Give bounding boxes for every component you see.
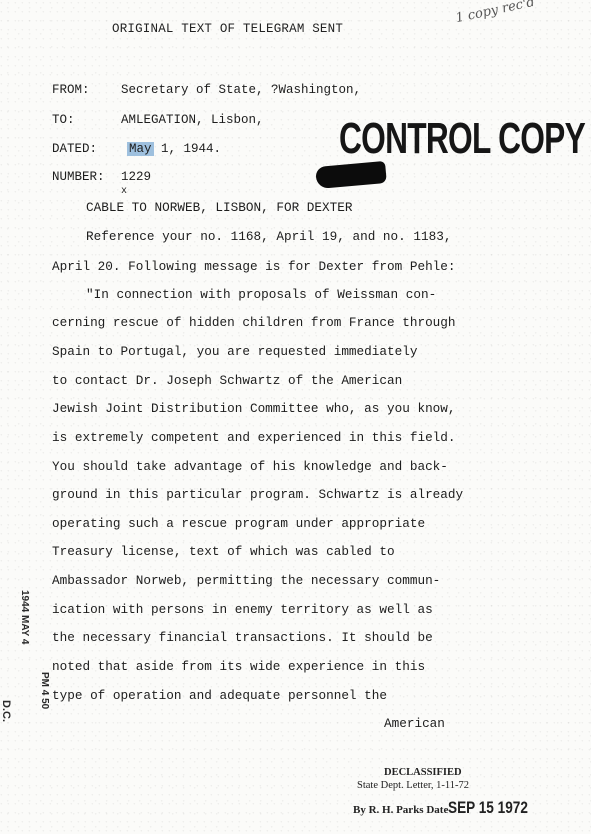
- body-line: the necessary financial transactions. It…: [52, 630, 433, 645]
- received-stamp-line3: D.C.: [0, 700, 12, 722]
- x-mark: x: [121, 186, 127, 197]
- body-line: ground in this particular program. Schwa…: [52, 487, 463, 502]
- body-line: is extremely competent and experienced i…: [52, 430, 456, 445]
- number-label: NUMBER:: [52, 170, 105, 184]
- dated-rest: 1, 1944.: [154, 142, 222, 156]
- declassified-by-prefix: By R. H. Parks Date: [353, 804, 448, 816]
- body-line: noted that aside from its wide experienc…: [52, 659, 425, 674]
- body-line: cerning rescue of hidden children from F…: [52, 315, 456, 330]
- continuation-word: American: [384, 716, 445, 731]
- redaction-mark: [315, 161, 387, 189]
- body-line: type of operation and adequate personnel…: [52, 688, 387, 703]
- declassified-date: SEP 15 1972: [448, 798, 528, 818]
- declassified-letter: State Dept. Letter, 1-11-72: [357, 780, 469, 791]
- number-value: 1229: [121, 170, 151, 184]
- from-label: FROM:: [52, 83, 90, 97]
- dated-value: May 1, 1944.: [127, 142, 221, 156]
- body-line: Jewish Joint Distribution Committee who,…: [52, 401, 456, 416]
- selected-text-highlight[interactable]: May: [127, 142, 154, 156]
- document-title: ORIGINAL TEXT OF TELEGRAM SENT: [112, 22, 343, 36]
- telegram-page: 1 copy rec'd ORIGINAL TEXT OF TELEGRAM S…: [0, 0, 591, 834]
- from-value: Secretary of State, ?Washington,: [121, 83, 361, 97]
- body-line: April 20. Following message is for Dexte…: [52, 259, 456, 274]
- body-line: Reference your no. 1168, April 19, and n…: [86, 229, 451, 244]
- body-line: "In connection with proposals of Weissma…: [86, 287, 436, 302]
- body-line: ication with persons in enemy territory …: [52, 602, 433, 617]
- body-line: Spain to Portugal, you are requested imm…: [52, 344, 417, 359]
- handwritten-note: 1 copy rec'd: [454, 0, 536, 26]
- body-line: Treasury license, text of which was cabl…: [52, 544, 395, 559]
- control-copy-stamp: CONTROL COPY: [339, 114, 585, 164]
- received-stamp-line1: 1944 MAY 4: [19, 590, 30, 645]
- body-line: to contact Dr. Joseph Schwartz of the Am…: [52, 373, 402, 388]
- cable-line: CABLE TO NORWEB, LISBON, FOR DEXTER: [86, 200, 352, 215]
- body-line: Ambassador Norweb, permitting the necess…: [52, 573, 440, 588]
- received-stamp-line2: PM 4 50: [39, 672, 50, 709]
- declassified-by: By R. H. Parks DateSEP 15 1972: [353, 798, 548, 818]
- declassified-label: DECLASSIFIED: [384, 767, 462, 778]
- body-line: operating such a rescue program under ap…: [52, 516, 425, 531]
- dated-label: DATED:: [52, 142, 97, 156]
- body-line: You should take advantage of his knowled…: [52, 459, 448, 474]
- to-label: TO:: [52, 113, 75, 127]
- to-value: AMLEGATION, Lisbon,: [121, 113, 264, 127]
